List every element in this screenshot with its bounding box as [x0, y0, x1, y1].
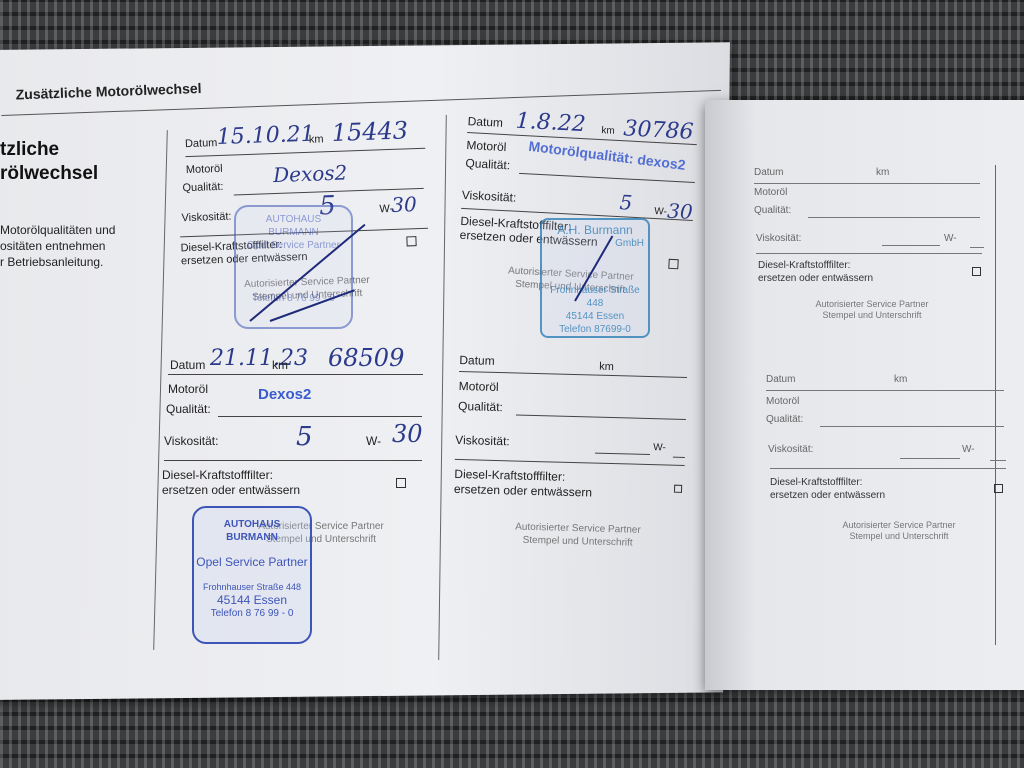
rule — [770, 468, 1006, 469]
diesel-filter-checkbox[interactable] — [674, 485, 682, 493]
motoroel-label: Motoröl — [466, 138, 507, 154]
dealer-stamp-3: AUTOHAUS BURMANN Opel Service Partner Fr… — [192, 506, 312, 644]
datum-value: 21.11.23 — [210, 346, 308, 371]
qualitaet-label: Qualität: — [465, 156, 510, 172]
viskositaet-label: Viskosität: — [455, 433, 510, 448]
stamp-signature-caption: Autorisierter Service PartnerStempel und… — [503, 520, 654, 550]
qualitaet-label: Qualität: — [182, 181, 223, 194]
rule — [882, 245, 940, 246]
rule — [808, 217, 980, 218]
rule — [756, 253, 982, 254]
rule — [459, 371, 687, 378]
rule — [766, 390, 1004, 391]
qualitaet-label: Qualität: — [458, 399, 503, 414]
viskositaet-left-value: 5 — [619, 190, 633, 215]
rule — [164, 460, 422, 461]
km-label: km — [876, 167, 889, 178]
diesel-filter-label: Diesel-Kraftstofffilter:ersetzen oder en… — [162, 468, 300, 498]
oil-change-entry-5: Datum km Motoröl Qualität: Viskosität: W… — [752, 165, 982, 335]
datum-label: Datum — [467, 114, 503, 130]
viskositaet-right-value: 30 — [391, 192, 417, 217]
datum-label: Datum — [185, 137, 218, 150]
viskositaet-right-value: 30 — [392, 420, 423, 448]
rule — [516, 415, 686, 420]
datum-label: Datum — [459, 353, 495, 368]
rule — [519, 173, 695, 183]
diesel-filter-checkbox[interactable] — [972, 267, 981, 276]
viskositaet-label: Viskosität: — [181, 211, 231, 225]
motoroel-label: Motoröl — [168, 382, 208, 396]
km-value: 15443 — [331, 116, 408, 147]
diesel-filter-checkbox[interactable] — [994, 484, 1003, 493]
viskositaet-left-value: 5 — [296, 422, 313, 452]
qualitaet-label: Qualität: — [766, 414, 803, 425]
w-label: W- — [962, 444, 975, 455]
km-label: km — [894, 374, 907, 385]
motoroel-label: Motoröl — [766, 396, 799, 407]
motoroel-label: Motoröl — [186, 163, 223, 176]
rule — [820, 426, 1004, 427]
w-label: W- — [654, 206, 667, 218]
rule — [970, 247, 984, 248]
w-label: W- — [653, 442, 666, 453]
intro-title-line1: tzliche — [0, 138, 98, 162]
stamp-signature-caption: Autorisierter Service PartnerStempel und… — [824, 520, 974, 542]
header-title: Zusätzliche Motorölwechsel — [15, 80, 201, 102]
w-label: W- — [366, 434, 381, 448]
motoroel-label: Motoröl — [459, 379, 499, 394]
diesel-filter-label: Diesel-Kraftstofffilter:ersetzen oder en… — [454, 467, 593, 501]
diesel-filter-label: Diesel-Kraftstofffilter:ersetzen oder en… — [770, 476, 885, 502]
intro-text-line: r Betriebsanleitung. — [0, 254, 115, 270]
intro-text-line: ositäten entnehmen — [0, 238, 115, 254]
qualitaet-label: Qualität: — [754, 205, 791, 216]
viskositaet-label: Viskosität: — [461, 188, 516, 205]
km-label: km — [272, 358, 288, 372]
w-label: W- — [944, 233, 957, 244]
stamp-signature-caption: Autorisierter Service PartnerStempel und… — [797, 299, 947, 321]
intro-text: Motorölqualitäten und ositäten entnehmen… — [0, 222, 115, 270]
qualitaet-label: Qualität: — [166, 402, 211, 416]
diesel-filter-checkbox[interactable] — [406, 236, 416, 246]
intro-title-line2: rölwechsel — [0, 162, 98, 186]
viskositaet-label: Viskosität: — [756, 233, 801, 244]
rule — [595, 453, 650, 455]
km-label: km — [309, 133, 324, 146]
intro-text-line: Motorölqualitäten und — [0, 222, 115, 238]
km-value: 68509 — [328, 344, 404, 372]
oil-change-entry-3: Datum 21.11.23 km 68509 Motoröl Qualität… — [166, 348, 426, 508]
rule — [990, 460, 1006, 461]
rule — [673, 457, 685, 458]
qualitaet-value: Dexos2 — [258, 386, 311, 403]
datum-value: 1.8.22 — [515, 109, 586, 138]
viskositaet-label: Viskosität: — [768, 444, 813, 455]
rule — [900, 458, 960, 459]
viskositaet-label: Viskosität: — [164, 434, 218, 448]
datum-label: Datum — [754, 167, 783, 178]
intro-title: tzliche rölwechsel — [0, 138, 98, 186]
diesel-filter-checkbox[interactable] — [668, 259, 679, 270]
rule — [218, 416, 422, 417]
rule — [754, 183, 980, 184]
diesel-filter-label: Diesel-Kraftstofffilter:ersetzen oder en… — [758, 259, 873, 285]
qualitaet-value: Dexos2 — [273, 160, 348, 187]
datum-label: Datum — [766, 374, 795, 385]
oil-change-entry-4: Datum km Motoröl Qualität: Viskosität: W… — [452, 349, 692, 555]
rule — [168, 374, 423, 375]
datum-label: Datum — [170, 358, 205, 372]
dealer-stamp-2: A.H. Burmann GmbH Frohnhauser Straße 448… — [540, 218, 650, 338]
rule — [455, 459, 685, 466]
oil-change-entry-6: Datum km Motoröl Qualität: Viskosität: W… — [764, 372, 1009, 552]
datum-value: 15.10.21 — [216, 122, 315, 150]
diesel-filter-checkbox[interactable] — [396, 478, 406, 488]
km-label: km — [599, 361, 614, 373]
km-label: km — [601, 125, 615, 137]
motoroel-label: Motoröl — [754, 187, 787, 198]
